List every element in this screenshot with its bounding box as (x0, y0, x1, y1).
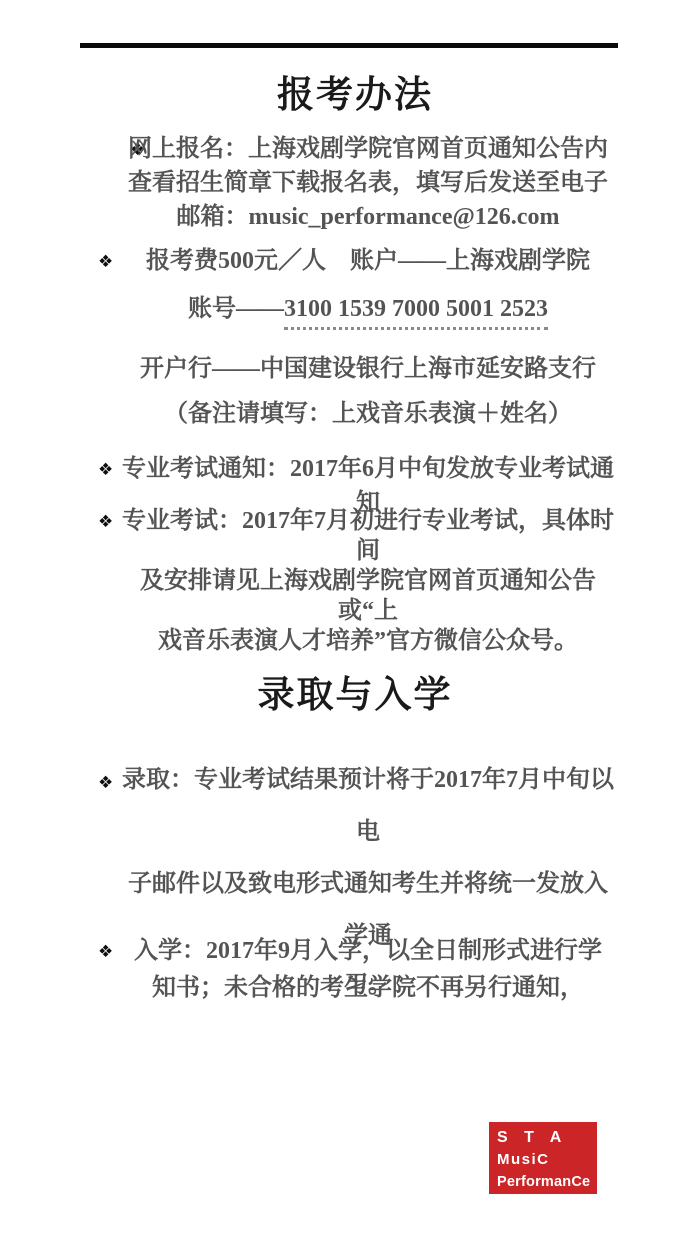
logo-line-sta: S T A (497, 1127, 593, 1148)
bullet-diamond-icon: ❖ (98, 514, 113, 531)
top-divider-rule (80, 43, 618, 48)
section-title-apply: 报考办法 (90, 64, 620, 118)
sta-music-performance-logo: S T A MusiC PerformanCe (489, 1122, 597, 1194)
bullet-diamond-icon: ❖ (98, 775, 113, 792)
fee-account-line: 报考费500元／人 账户——上海戏剧学院 (118, 244, 618, 278)
account-number-prefix: 账号—— (188, 296, 284, 322)
bullet-diamond-icon: ❖ (98, 462, 113, 479)
account-number-value: 3100 1539 7000 5001 2523 (284, 296, 548, 330)
enrollment-line: 入学：2017年9月入学，以全日制形式进行学习。 (118, 934, 618, 1002)
exam-details-paragraph: 专业考试：2017年7月初进行专业考试，具体时间 及安排请见上海戏剧学院官网首页… (118, 506, 618, 656)
logo-line-music: MusiC (497, 1148, 593, 1171)
remark-note-line: （备注请填写：上戏音乐表演＋姓名） (118, 397, 618, 431)
logo-line-performance: PerformanCe (497, 1171, 593, 1193)
bank-branch-line: 开户行——中国建设银行上海市延安路支行 (118, 352, 618, 386)
online-registration-paragraph: 网上报名：上海戏剧学院官网首页通知公告内 查看招生简章下载报名表，填写后发送至电… (118, 132, 618, 234)
account-number-line: 账号——3100 1539 7000 5001 2523 (118, 292, 618, 326)
bullet-diamond-icon: ❖ (98, 944, 113, 961)
bullet-diamond-icon: ❖ (98, 254, 113, 271)
section-title-admission: 录取与入学 (90, 664, 620, 718)
document-page: 报考办法 ❖ 网上报名：上海戏剧学院官网首页通知公告内 查看招生简章下载报名表，… (0, 0, 697, 1239)
